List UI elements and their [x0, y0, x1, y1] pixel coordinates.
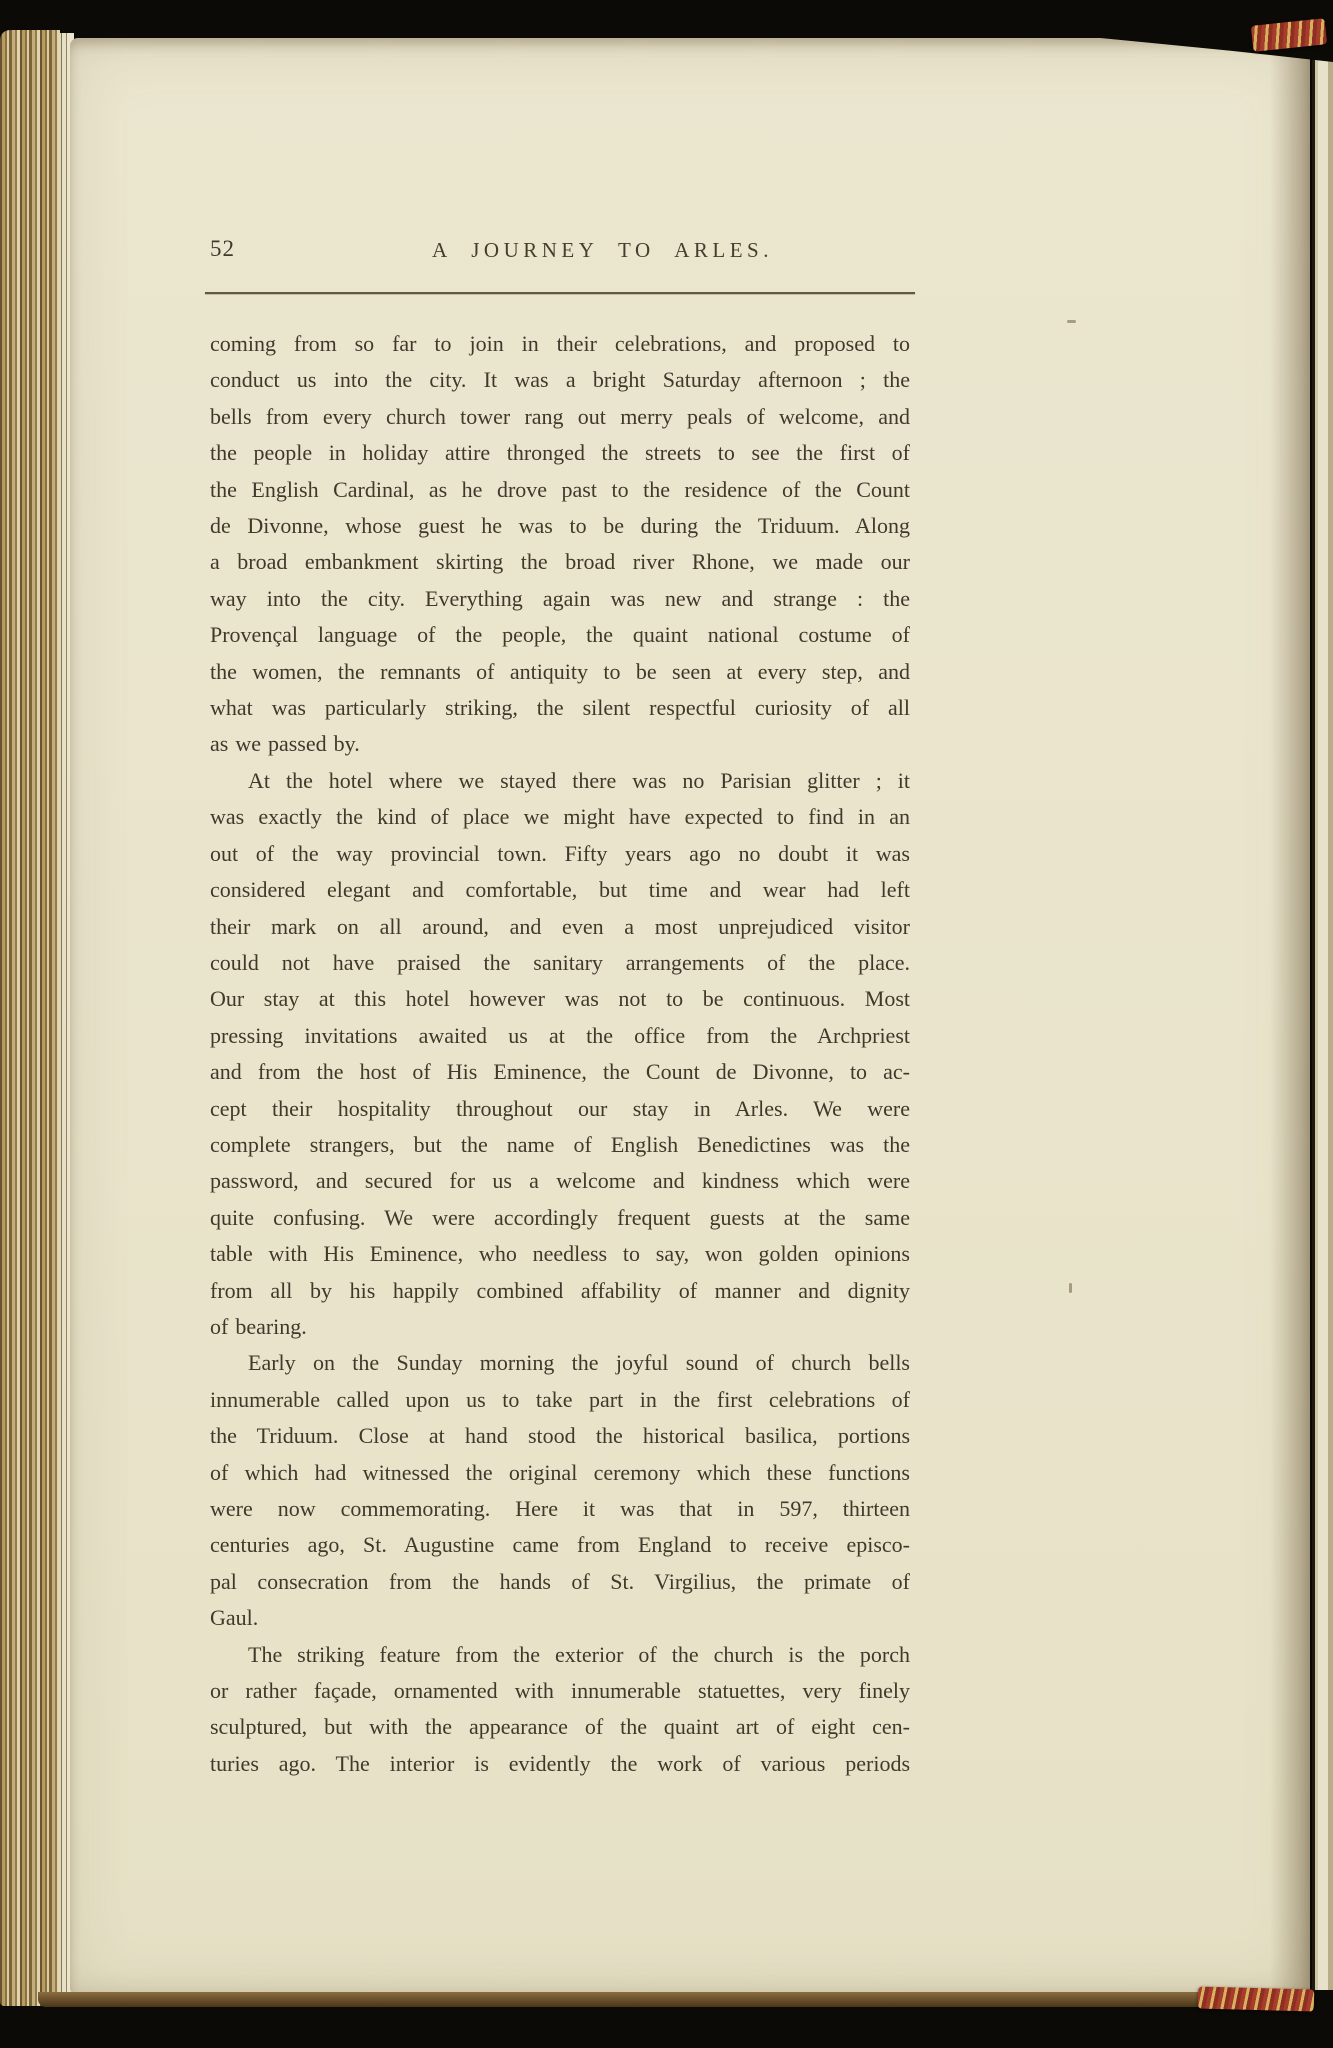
text-line: turies ago. The interior is evidently th…	[210, 1746, 910, 1782]
text-line: the English Cardinal, as he drove past t…	[210, 472, 910, 508]
text-line: The striking feature from the exterior o…	[210, 1637, 910, 1673]
text-line: the people in holiday attire thronged th…	[210, 435, 910, 471]
headband-bottom-icon	[1198, 1986, 1315, 2011]
text-line: Provençal language of the people, the qu…	[210, 617, 910, 653]
text-line: and from the host of His Eminence, the C…	[210, 1054, 910, 1090]
text-line: of which had witnessed the original cere…	[210, 1455, 910, 1491]
text-line: the Triduum. Close at hand stood the his…	[210, 1418, 910, 1454]
text-line: Our stay at this hotel however was not t…	[210, 981, 910, 1017]
text-line: way into the city. Everything again was …	[210, 581, 910, 617]
book-photo: 52 A JOURNEY TO ARLES. coming from so fa…	[0, 0, 1333, 2048]
text-line: At the hotel where we stayed there was n…	[210, 763, 910, 799]
text-line: Early on the Sunday morning the joyful s…	[210, 1345, 910, 1381]
text-line: were now commemorating. Here it was that…	[210, 1491, 910, 1527]
adjacent-page-edge	[1312, 56, 1333, 1990]
book-page-edges	[0, 30, 60, 2006]
page-number: 52	[210, 236, 235, 262]
page-bottom-edge	[38, 1992, 1312, 2007]
text-line: was exactly the kind of place we might h…	[210, 799, 910, 835]
text-line: or rather façade, ornamented with innume…	[210, 1673, 910, 1709]
text-line: of bearing.	[210, 1309, 910, 1345]
text-line: coming from so far to join in their cele…	[210, 326, 910, 362]
text-line: could not have praised the sanitary arra…	[210, 945, 910, 981]
text-line: quite confusing. We were accordingly fre…	[210, 1200, 910, 1236]
text-line: a broad embankment skirting the broad ri…	[210, 544, 910, 580]
text-line: cept their hospitality throughout our st…	[210, 1091, 910, 1127]
text-line: pal consecration from the hands of St. V…	[210, 1564, 910, 1600]
header-rule	[205, 292, 915, 294]
text-line: considered elegant and comfortable, but …	[210, 872, 910, 908]
text-line: the women, the remnants of antiquity to …	[210, 654, 910, 690]
text-line: sculptured, but with the appearance of t…	[210, 1709, 910, 1745]
text-line: as we passed by.	[210, 726, 910, 762]
text-block: coming from so far to join in their cele…	[210, 326, 910, 1782]
running-title: A JOURNEY TO ARLES.	[432, 238, 773, 263]
margin-speck	[1067, 320, 1076, 323]
text-line: what was particularly striking, the sile…	[210, 690, 910, 726]
text-line: pressing invitations awaited us at the o…	[210, 1018, 910, 1054]
margin-speck	[1069, 1283, 1072, 1293]
text-line: complete strangers, but the name of Engl…	[210, 1127, 910, 1163]
text-line: centuries ago, St. Augustine came from E…	[210, 1527, 910, 1563]
text-line: out of the way provincial town. Fifty ye…	[210, 836, 910, 872]
text-line: their mark on all around, and even a mos…	[210, 909, 910, 945]
text-line: Gaul.	[210, 1600, 910, 1636]
text-line: conduct us into the city. It was a brigh…	[210, 362, 910, 398]
text-line: password, and secured for us a welcome a…	[210, 1163, 910, 1199]
text-line: de Divonne, whose guest he was to be dur…	[210, 508, 910, 544]
text-line: bells from every church tower rang out m…	[210, 399, 910, 435]
book-page: 52 A JOURNEY TO ARLES. coming from so fa…	[70, 38, 1310, 1994]
text-line: table with His Eminence, who needless to…	[210, 1236, 910, 1272]
text-line: from all by his happily combined affabil…	[210, 1273, 910, 1309]
text-line: innumerable called upon us to take part …	[210, 1382, 910, 1418]
